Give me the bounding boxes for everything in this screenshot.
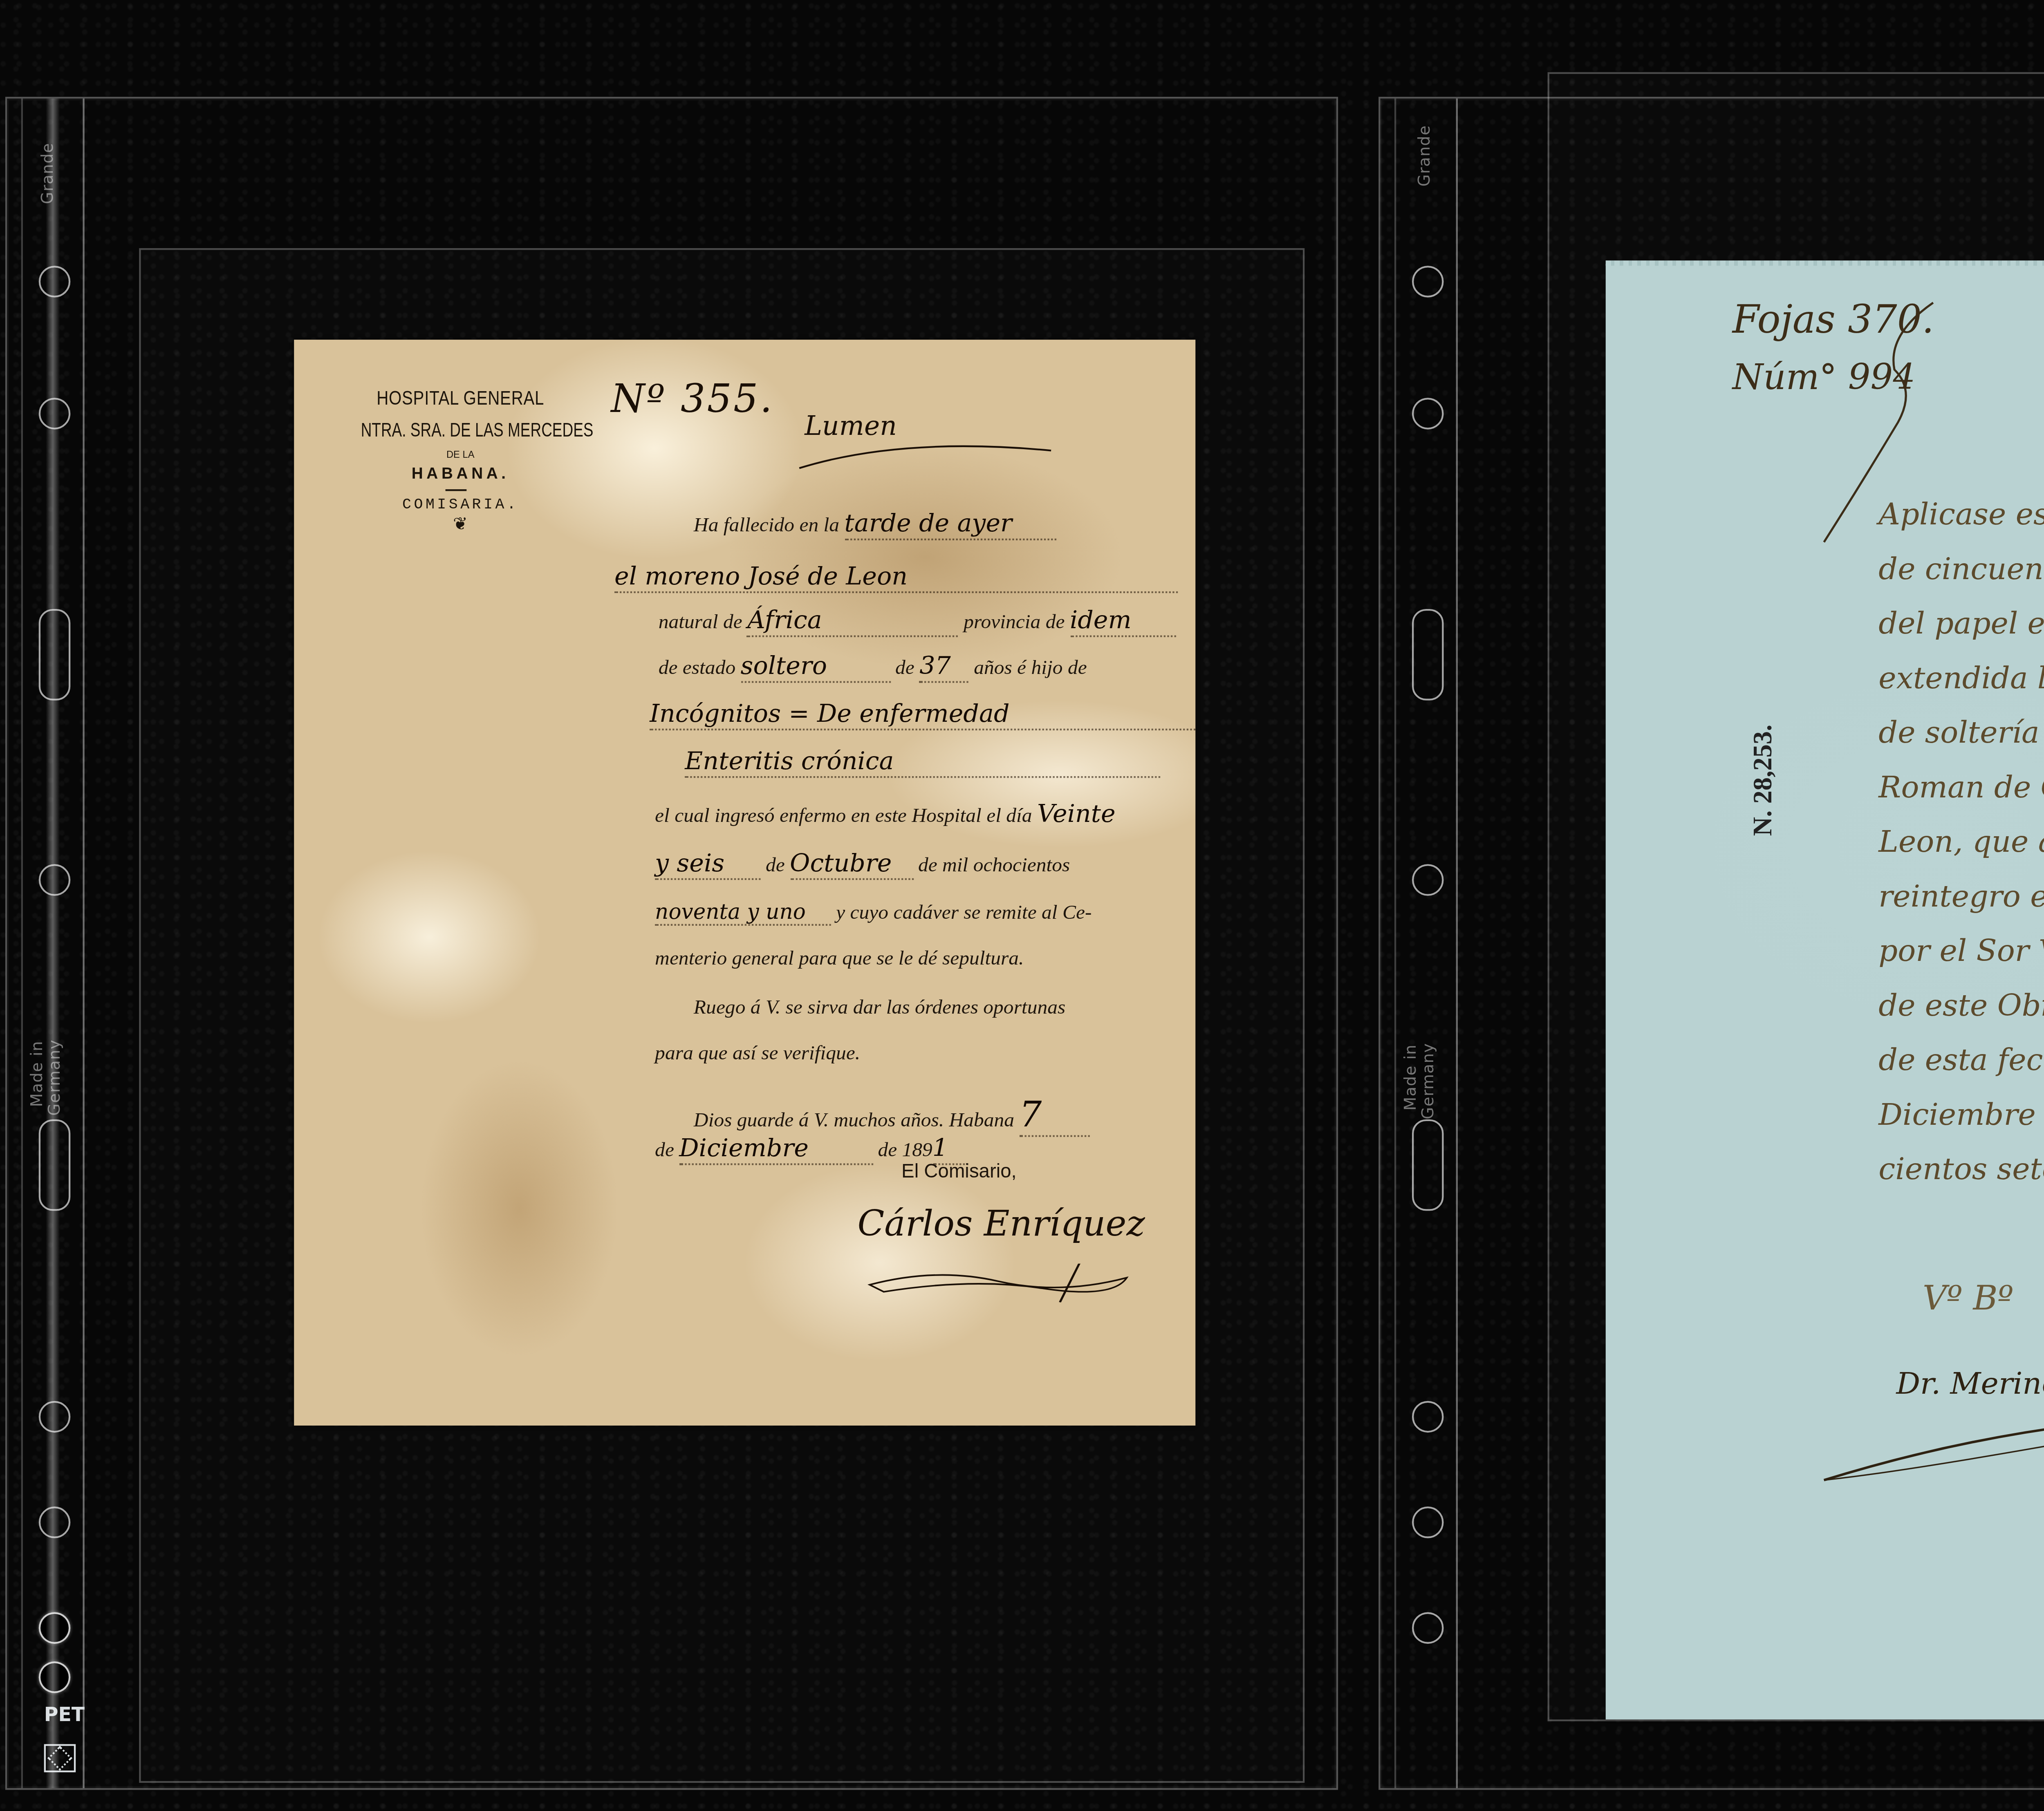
form-line: el cual ingresó enfermo en este Hospital…: [333, 801, 1157, 843]
binder-hole: [1412, 1612, 1444, 1644]
header-line-1: HOSPITAL GENERAL: [352, 389, 569, 410]
visto-bueno: Vº Bº: [1923, 1280, 2013, 1319]
header-line-3: DE LA: [333, 450, 588, 461]
header-line-4: HABANA.: [333, 465, 588, 482]
header-line-2: NTRA. SRA. DE LAS MERCEDES: [361, 421, 560, 442]
form-line: natural de África provincia de idem: [333, 607, 1157, 649]
comisario-signature: Cárlos Enríquez: [857, 1202, 1145, 1244]
form-line: noventa y uno y cuyo cadáver se remite a…: [333, 899, 1157, 941]
binder-slot: [1412, 609, 1444, 701]
binder-hole: [1412, 266, 1444, 298]
serial-number: N. 28,253.: [1750, 725, 1780, 836]
scan-stage: Grande Made in Germany PET Grande Made i…: [0, 0, 2044, 1811]
form-line: menterio general para que se le dé sepul…: [333, 949, 1157, 991]
binder-hole: [1412, 864, 1444, 896]
form-line: para que así se verifique.: [333, 1044, 1157, 1086]
sleeve-origin-line1: Made in: [1403, 1044, 1421, 1110]
form-line: Ruego á V. se sirva dar las órdenes opor…: [333, 998, 1157, 1040]
binder-slot: [1412, 1119, 1444, 1211]
sleeve-origin-line1: Made in: [30, 1041, 47, 1107]
header-rule: [446, 489, 467, 491]
right-binder-strip: Grande Made in Germany: [1394, 98, 1458, 1788]
form-line: Ha fallecido en la tarde de ayer: [333, 510, 1157, 553]
sleeve-origin-line2: Germany: [1421, 1043, 1439, 1119]
form-line: Incógnitos = De enfermedad: [333, 701, 1157, 743]
form-line: y seis de Octubre de mil ochocientos: [333, 850, 1157, 892]
glare: [46, 98, 60, 1788]
blue-reintegro-document: Fojas 370. Núm° 994 Aplicase esta hoja a…: [1606, 264, 2044, 1719]
binder-hole: [1412, 398, 1444, 430]
signature-title: El Comisario,: [901, 1162, 1017, 1183]
form-line: el moreno José de Leon: [333, 563, 1157, 605]
form-line: Dios guarde á V. muchos años. Habana 7: [333, 1093, 1157, 1135]
annotation-underline: [796, 437, 1060, 472]
document-number: Nº 355.: [611, 378, 774, 423]
form-line: Enteritis crónica: [333, 748, 1157, 790]
signature: Dr. Merino: [1896, 1368, 2044, 1403]
binder-hole: [1412, 1401, 1444, 1433]
signature-flourish: [866, 1264, 1130, 1303]
binder-hole: [1412, 1507, 1444, 1538]
signature-flourish: [1817, 1399, 2044, 1487]
hospital-death-certificate: HOSPITAL GENERAL NTRA. SRA. DE LAS MERCE…: [294, 340, 1195, 1426]
form-line: de estado soltero de 37 años é hijo de: [333, 653, 1157, 695]
form-line: de Diciembre de 1891: [333, 1135, 1157, 1177]
sleeve-brand-label: Grande: [1417, 125, 1435, 187]
handwritten-body: Aplicase esta hoja al reintegro de cincu…: [1878, 489, 2044, 1198]
